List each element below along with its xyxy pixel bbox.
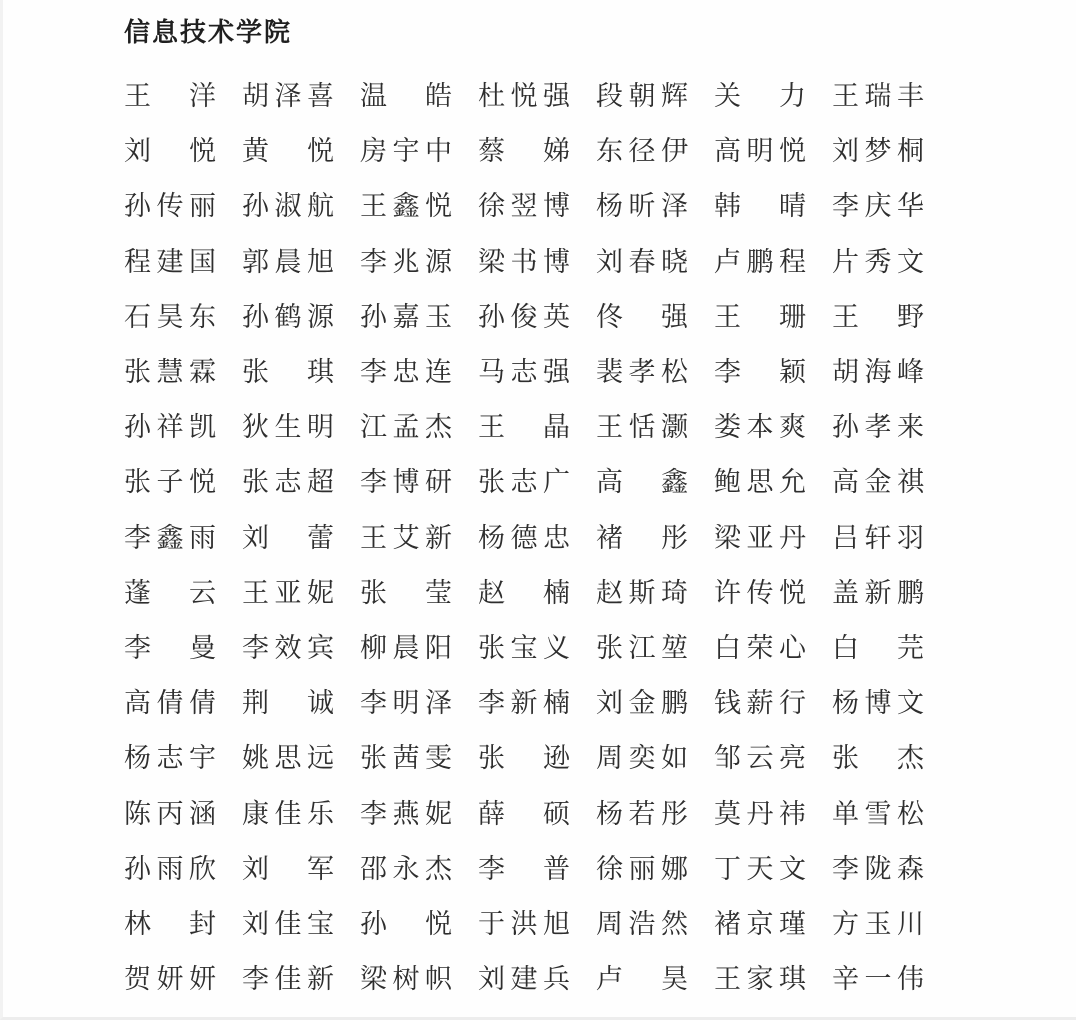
student-name: 东径伊 [596, 129, 688, 168]
student-name: 梁书博 [478, 240, 570, 279]
student-name: 张志超 [242, 460, 334, 499]
student-name: 王家琪 [714, 957, 806, 996]
student-name: 莫丹祎 [714, 792, 806, 831]
student-name: 白芫 [832, 626, 924, 665]
student-name: 王珊 [714, 295, 806, 334]
student-name: 刘军 [242, 847, 334, 886]
student-name: 李新楠 [478, 681, 570, 720]
name-grid: 王洋胡泽喜温皓杜悦强段朝辉关力王瑞丰刘悦黄悦房宇中蔡娣东径伊高明悦刘梦桐孙传丽孙… [124, 66, 934, 1004]
name-row: 李鑫雨刘蕾王艾新杨德忠褚彤梁亚丹吕轩羽 [124, 508, 934, 563]
student-name: 刘蕾 [242, 516, 334, 555]
student-name: 杨昕泽 [596, 184, 688, 223]
student-name: 褚京瑾 [714, 902, 806, 941]
name-row: 王洋胡泽喜温皓杜悦强段朝辉关力王瑞丰 [124, 66, 934, 121]
student-name: 程建国 [124, 240, 216, 279]
student-name: 孙祥凯 [124, 405, 216, 444]
name-row: 高倩倩荆诚李明泽李新楠刘金鹏钱薪行杨博文 [124, 673, 934, 728]
name-row: 蓬云王亚妮张莹赵楠赵斯琦许传悦盖新鹏 [124, 563, 934, 618]
student-name: 王野 [832, 295, 924, 334]
name-row: 孙雨欣刘军邵永杰李普徐丽娜丁天文李陇森 [124, 839, 934, 894]
student-name: 于洪旭 [478, 902, 570, 941]
student-name: 张茜雯 [360, 736, 452, 775]
student-name: 刘金鹏 [596, 681, 688, 720]
student-name: 李燕妮 [360, 792, 452, 831]
student-name: 李明泽 [360, 681, 452, 720]
student-name: 陈丙涵 [124, 792, 216, 831]
student-name: 赵楠 [478, 571, 570, 610]
student-name: 孙悦 [360, 902, 452, 941]
student-name: 郭晨旭 [242, 240, 334, 279]
student-name: 蓬云 [124, 571, 216, 610]
student-name: 王亚妮 [242, 571, 334, 610]
name-row: 林封刘佳宝孙悦于洪旭周浩然褚京瑾方玉川 [124, 894, 934, 949]
student-name: 康佳乐 [242, 792, 334, 831]
student-name: 李曼 [124, 626, 216, 665]
student-name: 周浩然 [596, 902, 688, 941]
student-name: 李鑫雨 [124, 516, 216, 555]
student-name: 王洋 [124, 74, 216, 113]
student-name: 房宇中 [360, 129, 452, 168]
student-name: 张琪 [242, 350, 334, 389]
student-name: 李颖 [714, 350, 806, 389]
name-row: 孙祥凯狄生明江孟杰王晶王恬灏娄本爽孙孝来 [124, 397, 934, 452]
student-name: 单雪松 [832, 792, 924, 831]
student-name: 刘梦桐 [832, 129, 924, 168]
student-name: 孙俊英 [478, 295, 570, 334]
student-name: 韩晴 [714, 184, 806, 223]
student-name: 贺妍妍 [124, 957, 216, 996]
student-name: 王晶 [478, 405, 570, 444]
student-name: 张志广 [478, 460, 570, 499]
name-row: 石昊东孙鹤源孙嘉玉孙俊英佟强王珊王野 [124, 287, 934, 342]
student-name: 刘佳宝 [242, 902, 334, 941]
student-name: 李忠连 [360, 350, 452, 389]
student-name: 李博研 [360, 460, 452, 499]
student-name: 刘悦 [124, 129, 216, 168]
student-name: 卢鹏程 [714, 240, 806, 279]
student-name: 盖新鹏 [832, 571, 924, 610]
name-row: 程建国郭晨旭李兆源梁书博刘春晓卢鹏程片秀文 [124, 232, 934, 287]
student-name: 张杰 [832, 736, 924, 775]
student-name: 张宝义 [478, 626, 570, 665]
student-name: 李效宾 [242, 626, 334, 665]
student-name: 李陇森 [832, 847, 924, 886]
student-name: 张莹 [360, 571, 452, 610]
name-row: 张慧霖张琪李忠连马志强裴孝松李颖胡海峰 [124, 342, 934, 397]
name-row: 陈丙涵康佳乐李燕妮薛硕杨若彤莫丹祎单雪松 [124, 783, 934, 838]
student-name: 孙雨欣 [124, 847, 216, 886]
student-name: 李普 [478, 847, 570, 886]
student-name: 裴孝松 [596, 350, 688, 389]
student-name: 关力 [714, 74, 806, 113]
student-name: 黄悦 [242, 129, 334, 168]
student-name: 佟强 [596, 295, 688, 334]
student-name: 高鑫 [596, 460, 688, 499]
student-name: 张慧霖 [124, 350, 216, 389]
student-name: 孙鹤源 [242, 295, 334, 334]
page-title: 信息技术学院 [124, 12, 292, 49]
student-name: 胡海峰 [832, 350, 924, 389]
student-name: 柳晨阳 [360, 626, 452, 665]
student-name: 钱薪行 [714, 681, 806, 720]
student-name: 蔡娣 [478, 129, 570, 168]
student-name: 高明悦 [714, 129, 806, 168]
student-name: 孙淑航 [242, 184, 334, 223]
student-name: 方玉川 [832, 902, 924, 941]
student-name: 卢昊 [596, 957, 688, 996]
student-name: 温皓 [360, 74, 452, 113]
student-name: 邹云亮 [714, 736, 806, 775]
student-name: 刘建兵 [478, 957, 570, 996]
document-page: 信息技术学院 王洋胡泽喜温皓杜悦强段朝辉关力王瑞丰刘悦黄悦房宇中蔡娣东径伊高明悦… [0, 0, 1076, 1020]
name-row: 杨志宇姚思远张茜雯张逊周奕如邹云亮张杰 [124, 728, 934, 783]
student-name: 王艾新 [360, 516, 452, 555]
student-name: 吕轩羽 [832, 516, 924, 555]
name-row: 孙传丽孙淑航王鑫悦徐翌博杨昕泽韩晴李庆华 [124, 176, 934, 231]
student-name: 高倩倩 [124, 681, 216, 720]
student-name: 林封 [124, 902, 216, 941]
student-name: 姚思远 [242, 736, 334, 775]
student-name: 段朝辉 [596, 74, 688, 113]
student-name: 石昊东 [124, 295, 216, 334]
student-name: 高金祺 [832, 460, 924, 499]
student-name: 孙嘉玉 [360, 295, 452, 334]
student-name: 马志强 [478, 350, 570, 389]
student-name: 辛一伟 [832, 957, 924, 996]
student-name: 刘春晓 [596, 240, 688, 279]
student-name: 徐丽娜 [596, 847, 688, 886]
student-name: 荆诚 [242, 681, 334, 720]
student-name: 王恬灏 [596, 405, 688, 444]
student-name: 孙传丽 [124, 184, 216, 223]
student-name: 娄本爽 [714, 405, 806, 444]
student-name: 赵斯琦 [596, 571, 688, 610]
student-name: 杨博文 [832, 681, 924, 720]
name-row: 刘悦黄悦房宇中蔡娣东径伊高明悦刘梦桐 [124, 121, 934, 176]
student-name: 褚彤 [596, 516, 688, 555]
student-name: 狄生明 [242, 405, 334, 444]
student-name: 鲍思允 [714, 460, 806, 499]
student-name: 丁天文 [714, 847, 806, 886]
student-name: 许传悦 [714, 571, 806, 610]
name-row: 李曼李效宾柳晨阳张宝义张江堃白荣心白芫 [124, 618, 934, 673]
student-name: 薛硕 [478, 792, 570, 831]
student-name: 梁亚丹 [714, 516, 806, 555]
student-name: 李佳新 [242, 957, 334, 996]
student-name: 王瑞丰 [832, 74, 924, 113]
student-name: 李兆源 [360, 240, 452, 279]
student-name: 杨德忠 [478, 516, 570, 555]
student-name: 邵永杰 [360, 847, 452, 886]
student-name: 张逊 [478, 736, 570, 775]
student-name: 江孟杰 [360, 405, 452, 444]
student-name: 杨若彤 [596, 792, 688, 831]
student-name: 徐翌博 [478, 184, 570, 223]
student-name: 张子悦 [124, 460, 216, 499]
name-row: 张子悦张志超李博研张志广高鑫鲍思允高金祺 [124, 452, 934, 507]
student-name: 张江堃 [596, 626, 688, 665]
student-name: 梁树帜 [360, 957, 452, 996]
student-name: 周奕如 [596, 736, 688, 775]
student-name: 王鑫悦 [360, 184, 452, 223]
student-name: 李庆华 [832, 184, 924, 223]
student-name: 白荣心 [714, 626, 806, 665]
student-name: 杜悦强 [478, 74, 570, 113]
student-name: 片秀文 [832, 240, 924, 279]
student-name: 孙孝来 [832, 405, 924, 444]
name-row: 贺妍妍李佳新梁树帜刘建兵卢昊王家琪辛一伟 [124, 949, 934, 1004]
student-name: 胡泽喜 [242, 74, 334, 113]
student-name: 杨志宇 [124, 736, 216, 775]
